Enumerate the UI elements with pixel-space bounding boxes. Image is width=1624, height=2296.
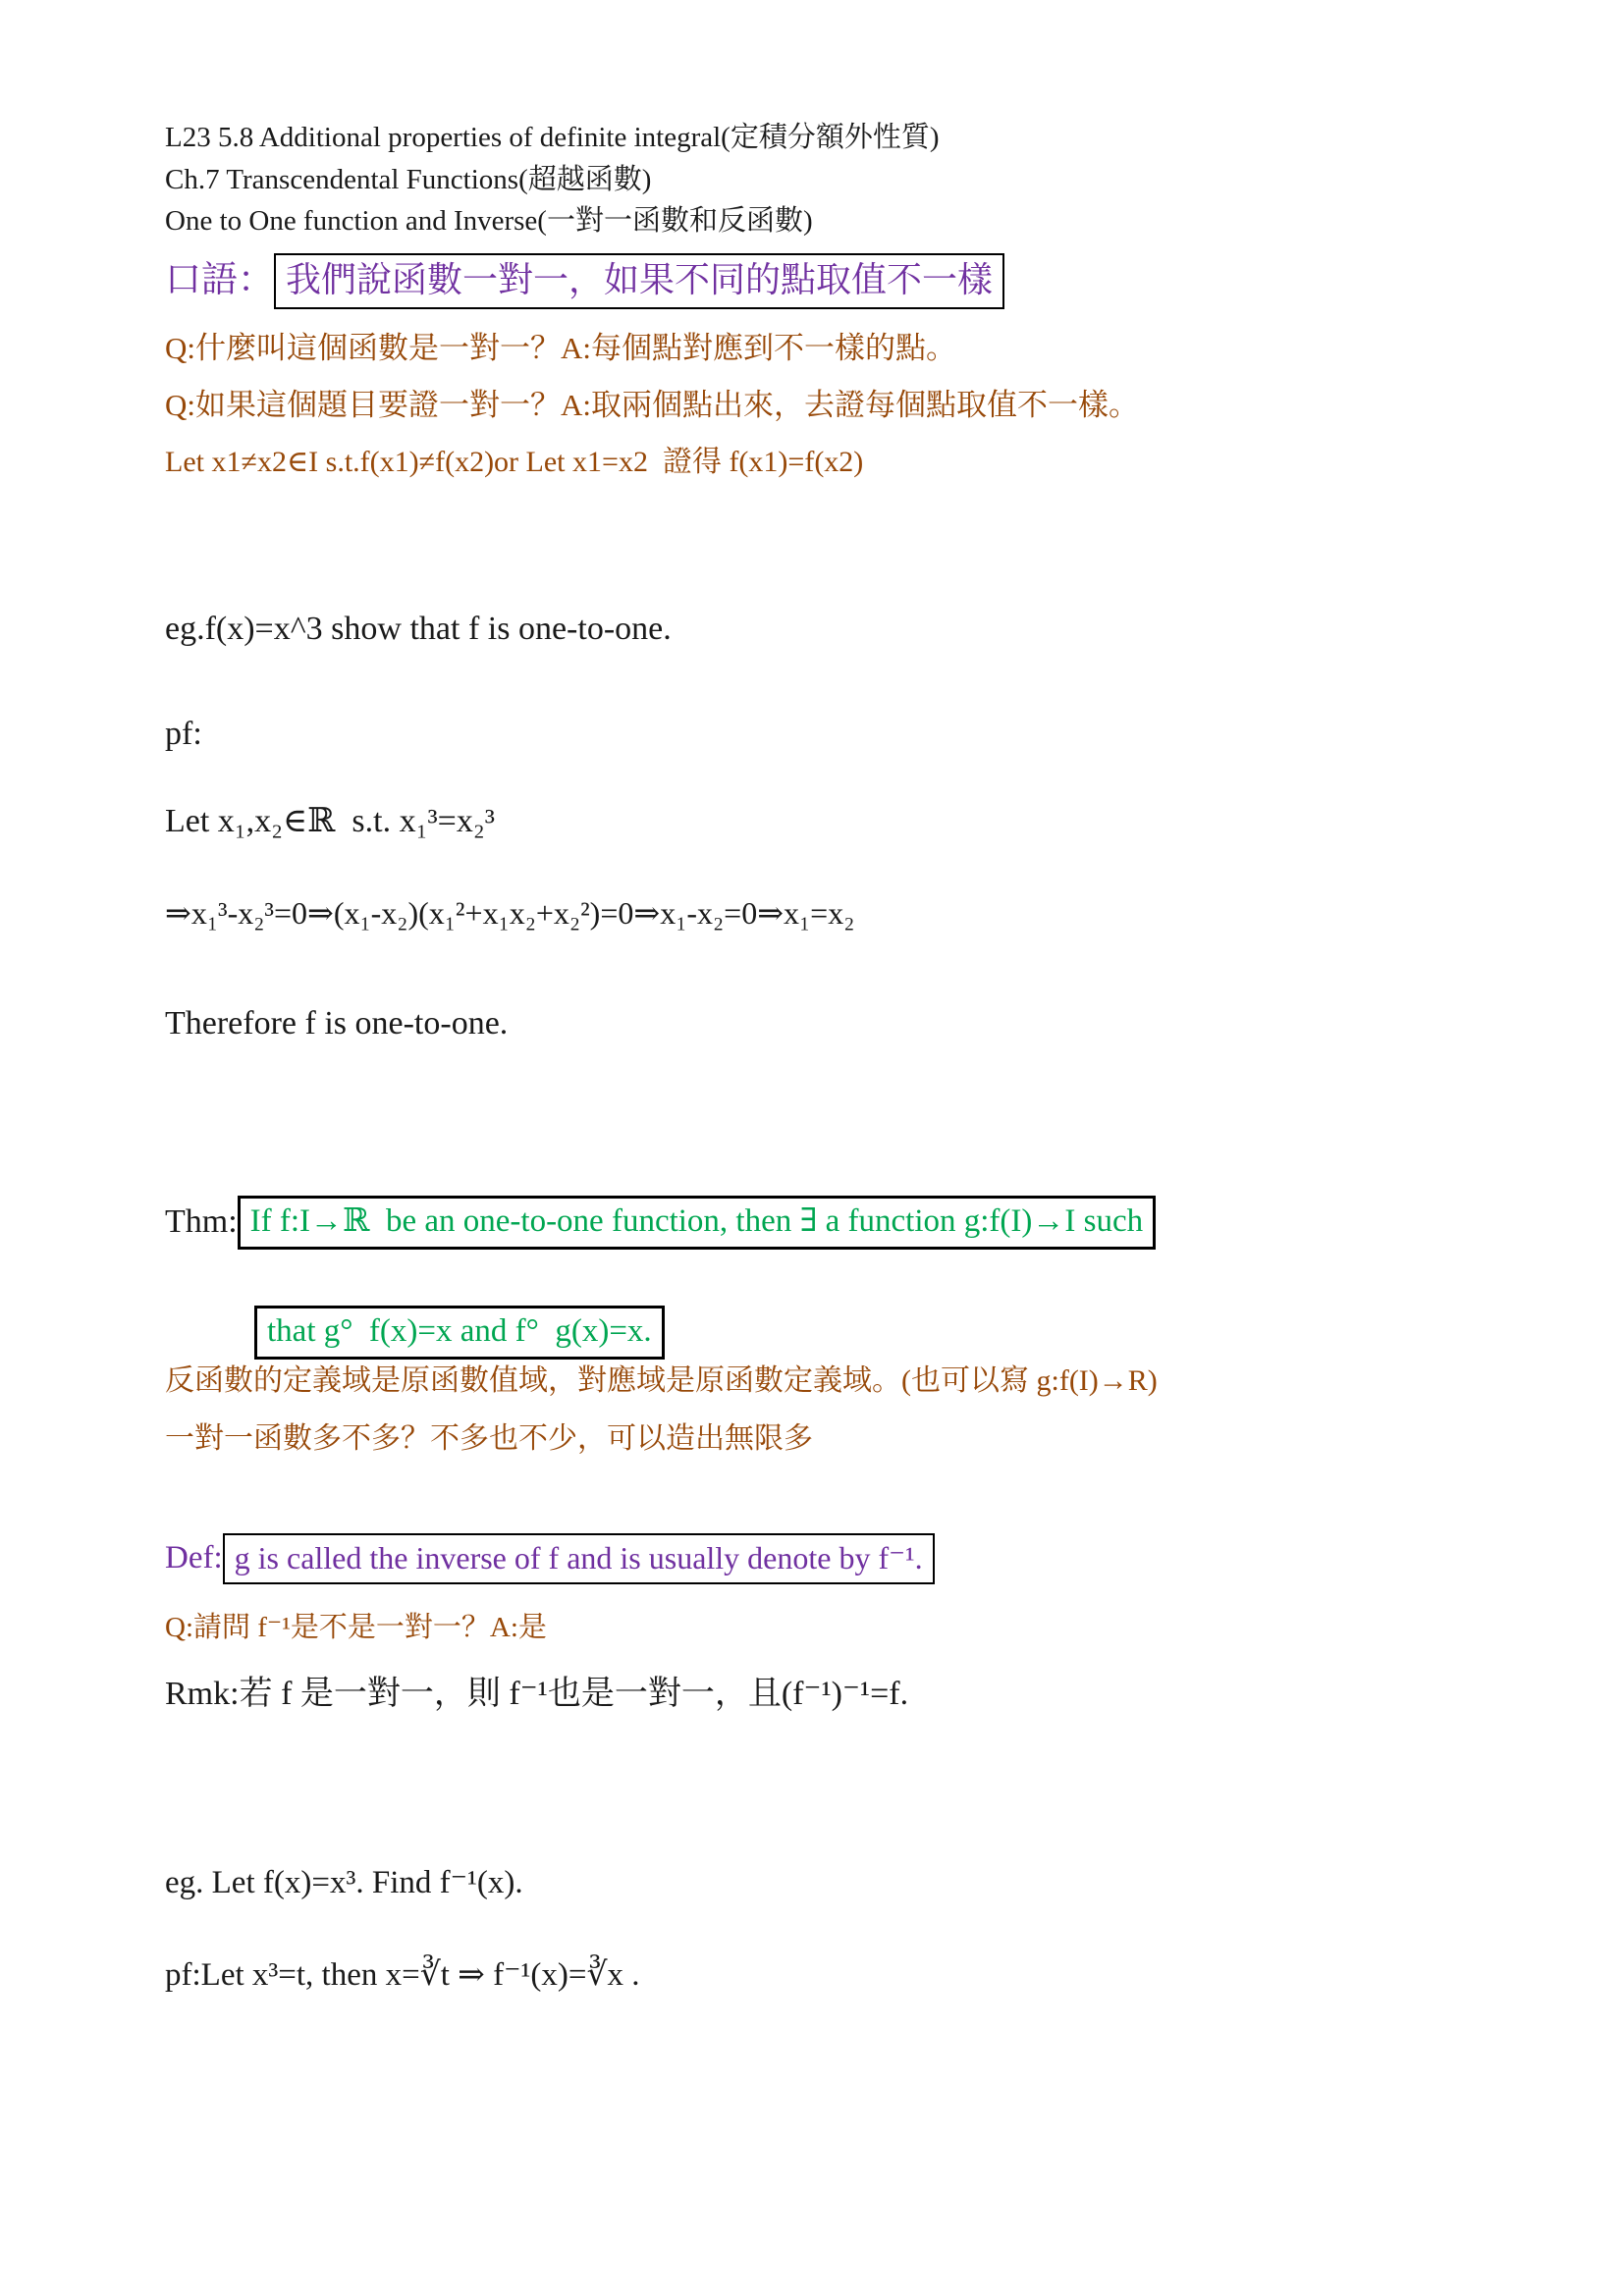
qa-question-2: Q:如果這個題目要證一對一？A:取兩個點出來，去證每個點取值不一樣。 [165, 387, 1139, 425]
theorem-label: Thm: [165, 1201, 238, 1244]
theorem-boxed-line-2: that g° f(x)=x and f° g(x)=x. [254, 1306, 665, 1360]
theorem-note-2: 一對一函數多不多？不多也不少，可以造出無限多 [165, 1420, 813, 1458]
definition-line: Def: g is called the inverse of f and is… [165, 1533, 935, 1584]
definition-qa-line: Q:請問 f⁻¹是不是一對一？A:是 [165, 1610, 547, 1645]
header-line-2: Ch.7 Transcendental Functions(超越函數) [165, 162, 651, 197]
definition-label: Def: [165, 1538, 223, 1578]
example1-conclusion: Therefore f is one-to-one. [165, 1003, 508, 1045]
colloquial-boxed-text: 我們說函數一對一，如果不同的點取值不一樣 [274, 253, 1004, 309]
definition-boxed-text: g is called the inverse of f and is usua… [223, 1533, 935, 1584]
example1-let-line: Let x₁,x₂∈ℝ s.t. x₁³=x₂³ [165, 801, 495, 843]
document-page: L23 5.8 Additional properties of definit… [0, 0, 1624, 2296]
theorem-line-1: Thm: If f:I→ℝ be an one-to-one function,… [165, 1196, 1156, 1250]
example2-proof: pf:Let x³=t, then x=∛t ⇒ f⁻¹(x)=∛x . [165, 1955, 640, 1996]
colloquial-label: 口語： [165, 258, 274, 303]
header-line-1: L23 5.8 Additional properties of definit… [165, 120, 939, 155]
theorem-boxed-line-1: If f:I→ℝ be an one-to-one function, then… [238, 1196, 1156, 1250]
example1-implication-chain: ⇒x₁³-x₂³=0⇒(x₁-x₂)(x₁²+x₁x₂+x₂²)=0⇒x₁-x₂… [165, 893, 854, 933]
qa-let-line: Let x1≠x2∈I s.t.f(x1)≠f(x2)or Let x1=x2 … [165, 444, 863, 481]
definition-remark: Rmk:若 f 是一對一，則 f⁻¹也是一對一，且(f⁻¹)⁻¹=f. [165, 1674, 908, 1716]
example1-pf-label: pf: [165, 714, 202, 756]
colloquial-line: 口語： 我們說函數一對一，如果不同的點取值不一樣 [165, 253, 1004, 309]
qa-question-1: Q:什麼叫這個函數是一對一？A:每個點對應到不一樣的點。 [165, 330, 956, 368]
header-line-3: One to One function and Inverse(一對一函數和反函… [165, 203, 813, 239]
example2-statement: eg. Let f(x)=x³. Find f⁻¹(x). [165, 1863, 523, 1903]
example1-statement: eg.f(x)=x^3 show that f is one-to-one. [165, 609, 672, 651]
theorem-note-1: 反函數的定義域是原函數值域，對應域是原函數定義域。(也可以寫 g:f(I)→R) [165, 1362, 1158, 1400]
